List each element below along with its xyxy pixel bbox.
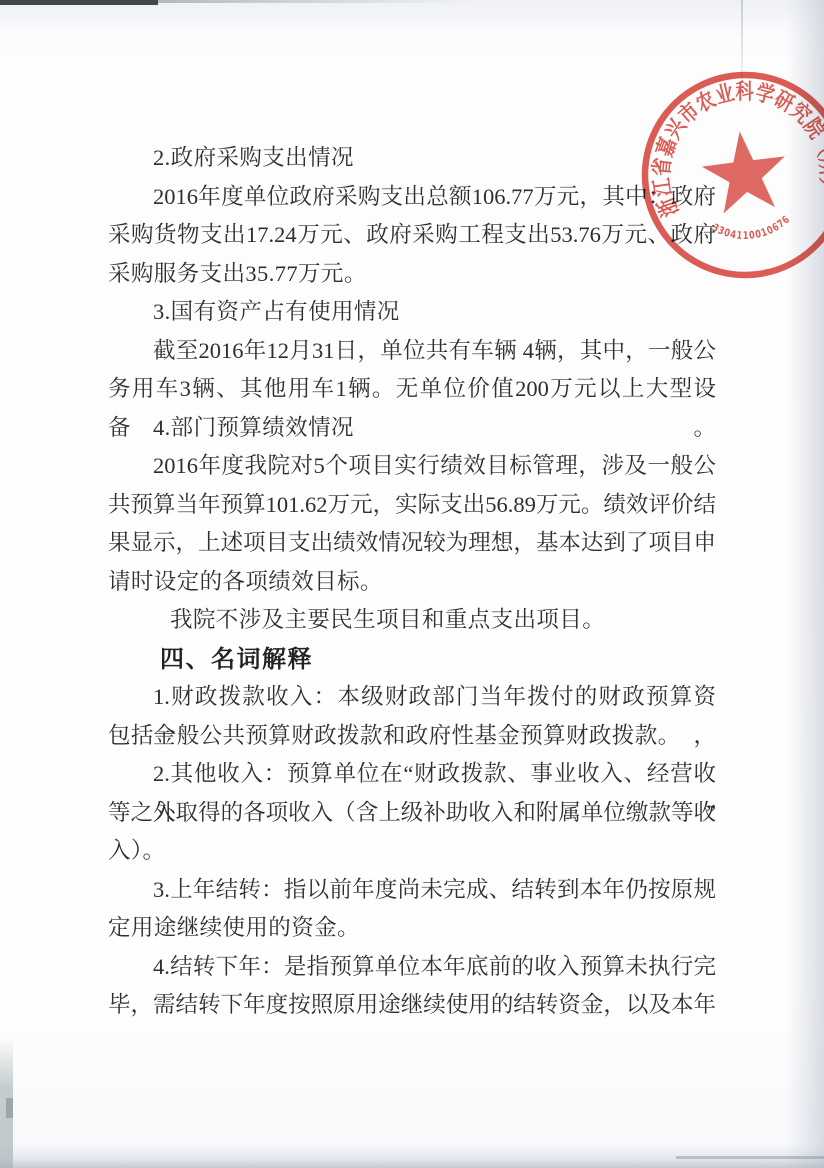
text-line: 毕，需结转下年度按照原用途继续使用的结转资金，以及本年	[108, 986, 716, 1025]
text-line: 果显示，上述项目支出绩效情况较为理想，基本达到了项目申	[108, 524, 716, 563]
seal-serial-number: 3304110010676	[709, 212, 795, 246]
text-line: 2.政府采购支出情况	[108, 139, 716, 178]
text-line: 请时设定的各项绩效目标。	[108, 563, 716, 602]
text-line: 入）。	[108, 832, 716, 871]
scan-fold-line	[741, 0, 743, 110]
text-line: 等之外取得的各项收入（含上级补助收入和附属单位缴款等收	[108, 794, 716, 833]
text-line: 定用途继续使用的资金。	[108, 909, 716, 948]
text-line: 2016年度我院对5个项目实行绩效目标管理，涉及一般公	[108, 447, 716, 486]
text-line: 2.其他收入：预算单位在“财政拨款、事业收入、经营收入”	[108, 755, 716, 794]
section-heading: 四、名词解释	[108, 640, 716, 679]
svg-text:3304110010676: 3304110010676	[709, 212, 795, 246]
scan-edge-top-dark	[0, 0, 158, 5]
scan-edge-bottom-line	[676, 1156, 824, 1159]
text-line: 采购货物支出17.24万元、政府采购工程支出53.76万元、政府	[108, 216, 716, 255]
text-line: 3.国有资产占有使用情况	[108, 293, 716, 332]
text-line: 包括一般公共预算财政拨款和政府性基金预算财政拨款。	[108, 717, 716, 756]
scan-top-sheen	[0, 0, 824, 34]
text-line: 截至2016年12月31日，单位共有车辆 4辆，其中，一般公	[108, 332, 716, 371]
text-line: 务用车3辆、其他用车1辆。无单位价值200万元以上大型设备。	[108, 370, 716, 409]
text-line: 采购服务支出35.77万元。	[108, 255, 716, 294]
scan-edge-right-band	[786, 0, 824, 1168]
scan-edge-top-grey	[158, 0, 468, 3]
text-line: 1.财政拨款收入：本级财政部门当年拨付的财政预算资金，	[108, 678, 716, 717]
text-line: 3.上年结转：指以前年度尚未完成、结转到本年仍按原规	[108, 871, 716, 910]
text-line: 共预算当年预算101.62万元，实际支出56.89万元。绩效评价结	[108, 486, 716, 525]
text-line: 我院不涉及主要民生项目和重点支出项目。	[108, 601, 716, 640]
text-line: 2016年度单位政府采购支出总额106.77万元，其中：政府	[108, 178, 716, 217]
document-text: 2.政府采购支出情况 2016年度单位政府采购支出总额106.77万元，其中：政…	[108, 139, 716, 1025]
text-line: 4.结转下年：是指预算单位本年底前的收入预算未执行完	[108, 948, 716, 987]
scanned-document-page: 2.政府采购支出情况 2016年度单位政府采购支出总额106.77万元，其中：政…	[0, 0, 824, 1168]
scan-edge-left-notch	[6, 1098, 13, 1118]
